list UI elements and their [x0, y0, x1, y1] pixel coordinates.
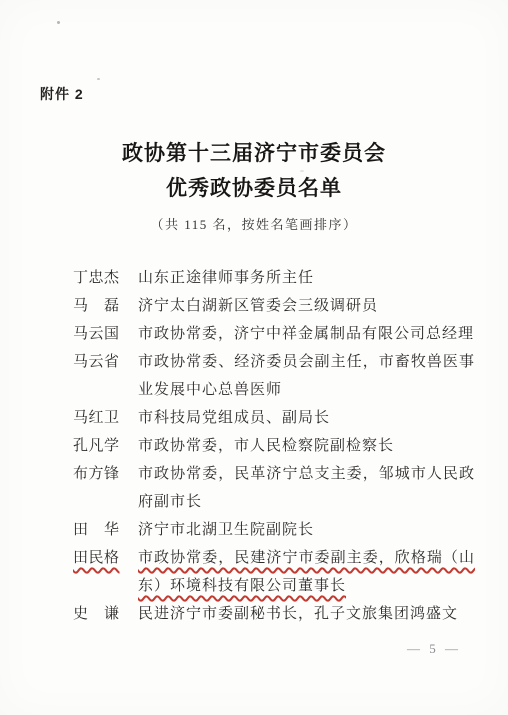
member-name: 马云国 — [73, 320, 121, 348]
member-description: 民进济宁市委副秘书长，孔子文旅集团鸿盛文 — [138, 600, 475, 628]
member-description: 市政协常委、经济委员会副主任，市畜牧兽医事业发展中心总兽医师 — [138, 348, 475, 404]
roster-entry: 田 华 济宁市北湖卫生院副院长 — [73, 516, 475, 544]
member-description: 市政协常委，济宁中祥金属制品有限公司总经理 — [138, 320, 475, 348]
member-name: 田 华 — [73, 516, 121, 544]
member-name: 马红卫 — [73, 404, 121, 432]
roster-entry: 马云省 市政协常委、经济委员会副主任，市畜牧兽医事业发展中心总兽医师 — [73, 348, 475, 404]
document-page: 附件 2 政协第十三届济宁市委员会 优秀政协委员名单 （共 115 名，按姓名笔… — [0, 0, 508, 715]
document-title: 政协第十三届济宁市委员会 优秀政协委员名单 — [0, 136, 508, 206]
member-name: 马 磊 — [73, 292, 121, 320]
member-name: 田民格 — [73, 544, 121, 572]
roster-entry: 丁忠杰 山东正途律师事务所主任 — [73, 264, 475, 292]
scan-speck — [97, 78, 100, 80]
scan-speck — [57, 21, 60, 24]
member-description: 济宁太白湖新区管委会三级调研员 — [138, 292, 475, 320]
document-title-line-2: 优秀政协委员名单 — [166, 177, 342, 200]
member-description: 市政协常委，民建济宁市委副主委，欣格瑞（山东）环境科技有限公司董事长 — [138, 544, 475, 600]
member-description: 济宁市北湖卫生院副院长 — [138, 516, 475, 544]
roster-entry: 马红卫 市科技局党组成员、副局长 — [73, 404, 475, 432]
member-name: 马云省 — [73, 348, 121, 376]
member-name: 孔凡学 — [73, 432, 121, 460]
member-name: 布方锋 — [73, 460, 121, 488]
roster-list: 丁忠杰 山东正途律师事务所主任 马 磊 济宁太白湖新区管委会三级调研员 马云国 … — [73, 264, 475, 628]
roster-entry: 马 磊 济宁太白湖新区管委会三级调研员 — [73, 292, 475, 320]
roster-entry: 田民格 市政协常委，民建济宁市委副主委，欣格瑞（山东）环境科技有限公司董事长 — [73, 544, 475, 600]
member-name: 丁忠杰 — [73, 264, 121, 292]
member-name: 史 谦 — [73, 600, 121, 628]
member-description: 市科技局党组成员、副局长 — [138, 404, 475, 432]
roster-entry: 马云国 市政协常委，济宁中祥金属制品有限公司总经理 — [73, 320, 475, 348]
document-subtitle: （共 115 名，按姓名笔画排序） — [0, 214, 508, 233]
page-number: — 5 — — [407, 641, 461, 657]
roster-entry: 孔凡学 市政协常委，市人民检察院副检察长 — [73, 432, 475, 460]
member-description: 市政协常委，民革济宁总支主委，邹城市人民政府副市长 — [138, 460, 475, 516]
roster-entry: 史 谦 民进济宁市委副秘书长，孔子文旅集团鸿盛文 — [73, 600, 475, 628]
member-description: 市政协常委，市人民检察院副检察长 — [138, 432, 475, 460]
document-title-line-1: 政协第十三届济宁市委员会 — [122, 142, 386, 165]
roster-entry: 布方锋 市政协常委，民革济宁总支主委，邹城市人民政府副市长 — [73, 460, 475, 516]
member-description: 山东正途律师事务所主任 — [138, 264, 475, 292]
attachment-label: 附件 2 — [40, 84, 84, 104]
